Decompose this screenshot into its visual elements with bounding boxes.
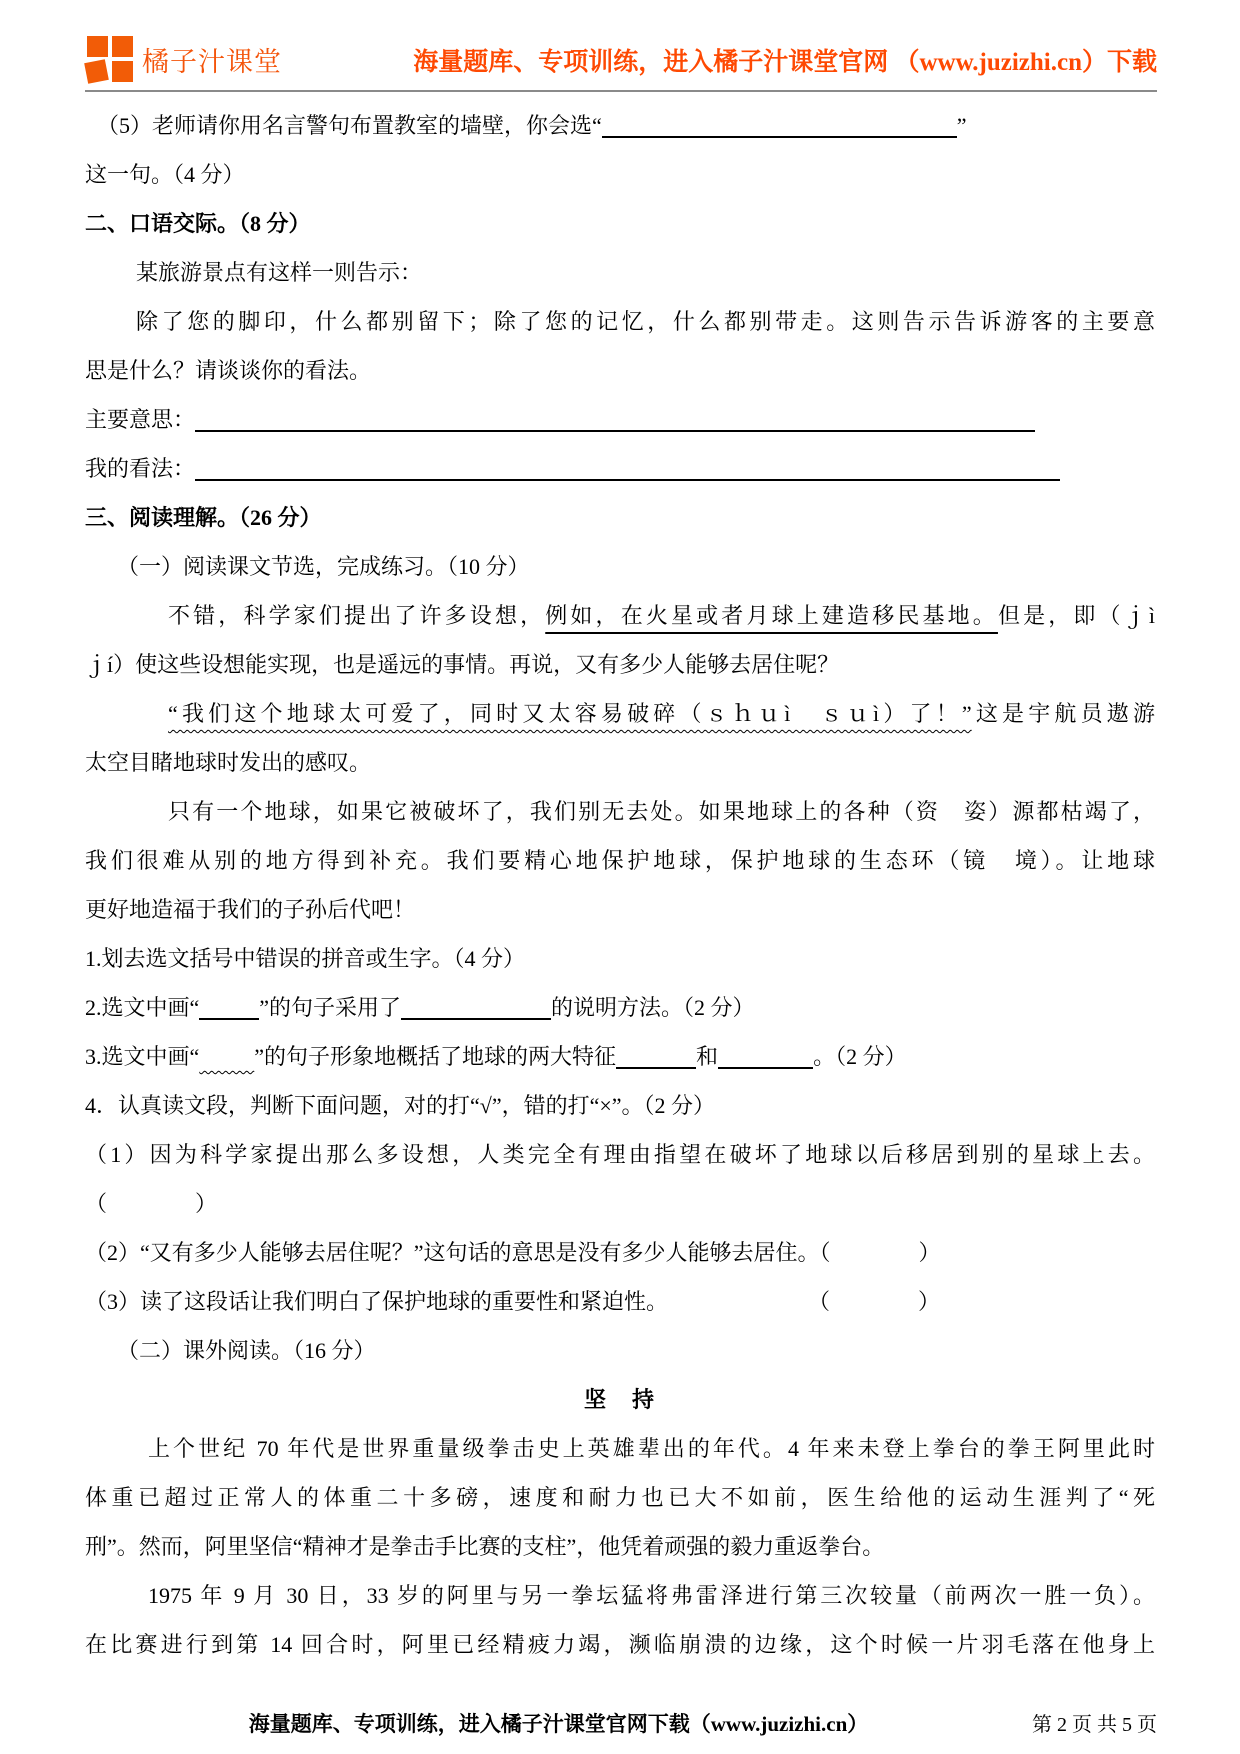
q5-text: （5）老师请你用名言警句布置教室的墙壁，你会选“ bbox=[97, 113, 602, 138]
notice-line1: 除了您的脚印，什么都别留下；除了您的记忆，什么都别带走。这则告示告诉游客的主要意 bbox=[85, 297, 1155, 346]
q3-and-text: 和 bbox=[696, 1044, 718, 1069]
judge-2-text: （2）“又有多少人能够去居住呢？”这句话的意思是没有多少人能够去居住。 bbox=[85, 1240, 820, 1265]
essay-line4: 1975 年 9 月 30 日，33 岁的阿里与另一拳坛猛将弗雷泽进行第三次较量… bbox=[85, 1571, 1155, 1620]
judge-3-text: （3）读了这段话让我们明白了保护地球的重要性和紧迫性。 bbox=[85, 1289, 668, 1314]
passage2-line2: 太空目睹地球时发出的感叹。 bbox=[85, 738, 1155, 787]
q3-text-a: 3.选文中画“ bbox=[85, 1044, 199, 1069]
essay-line2: 体重已超过正常人的体重二十多磅，速度和耐力也已大不如前，医生给他的运动生涯判了“… bbox=[85, 1473, 1155, 1522]
passage1-line1: 不错，科学家们提出了许多设想，例如，在火星或者月球上建造移民基地。但是，即（ｊì bbox=[85, 591, 1155, 640]
my-view-blank bbox=[195, 447, 1060, 481]
my-view-line: 我的看法： bbox=[85, 444, 1155, 493]
judge-3-parens: （ ） bbox=[808, 1289, 940, 1314]
q3-text-c: 。（2 分） bbox=[813, 1044, 907, 1069]
logo-squares-icon bbox=[87, 34, 135, 84]
q2-text-b: ”的句子采用了 bbox=[259, 995, 401, 1020]
question-2: 2.选文中画“”的句子采用了的说明方法。（2 分） bbox=[85, 983, 1155, 1032]
footer-page-info: 第 2 页 共 5 页 bbox=[1032, 1708, 1157, 1737]
document-body: （5）老师请你用名言警句布置教室的墙壁，你会选“” 这一句。（4 分） 二、口语… bbox=[85, 101, 1155, 1669]
essay-title: 坚 持 bbox=[85, 1375, 1155, 1424]
section3-heading: 三、阅读理解。（26 分） bbox=[85, 493, 1155, 542]
q2-quote-blank bbox=[199, 986, 259, 1020]
question-4: 4．认真读文段，判断下面问题，对的打“√”，错的打“×”。（2 分） bbox=[85, 1081, 1155, 1130]
header-promo-text: 海量题库、专项训练，进入橘子汁课堂官网 （www.juzizhi.cn）下载 bbox=[413, 42, 1157, 78]
q5-answer-blank bbox=[602, 104, 957, 138]
passage2-text-b: 这是宇航员遨游 bbox=[972, 701, 1155, 726]
main-idea-line: 主要意思： bbox=[85, 395, 1155, 444]
passage3-line3: 更好地造福于我们的子孙后代吧！ bbox=[85, 885, 1155, 934]
q5-line2: 这一句。（4 分） bbox=[85, 150, 1155, 199]
notice-intro: 某旅游景点有这样一则告示： bbox=[85, 248, 1155, 297]
q3-answer-blank-2 bbox=[718, 1035, 813, 1069]
part1-heading: （一）阅读课文节选，完成练习。（10 分） bbox=[85, 542, 1155, 591]
logo-text: 橘子汁课堂 bbox=[142, 40, 282, 79]
footer-promo-text: 海量题库、专项训练，进入橘子汁课堂官网下载（www.juzizhi.cn） bbox=[85, 1708, 1032, 1738]
judge-1-parens: （ ） bbox=[85, 1179, 1155, 1228]
q2-text-c: 的说明方法。（2 分） bbox=[551, 995, 755, 1020]
passage3-line1: 只有一个地球，如果它被破坏了，我们别无去处。如果地球上的各种（资 姿）源都枯竭了… bbox=[85, 787, 1155, 836]
passage2-wavy-underlined-quote: “我们这个地球太可爱了，同时又太容易破碎（ｓｈｕì ｓｕì）了！” bbox=[168, 701, 972, 726]
judge-1-line1: （1）因为科学家提出那么多设想，人类完全有理由指望在破坏了地球以后移居到别的星球… bbox=[85, 1130, 1155, 1179]
passage2-line1: “我们这个地球太可爱了，同时又太容易破碎（ｓｈｕì ｓｕì）了！”这是宇航员遨游 bbox=[85, 689, 1155, 738]
essay-line3: 刑”。然而，阿里坚信“精神才是拳击手比赛的支柱”，他凭着顽强的毅力重返拳台。 bbox=[85, 1522, 1155, 1571]
judge-2-parens: （ ） bbox=[820, 1240, 941, 1265]
passage1-underlined-sentence: 例如，在火星或者月球上建造移民基地。 bbox=[545, 603, 998, 628]
q3-text-b: ”的句子形象地概括了地球的两大特征 bbox=[254, 1044, 616, 1069]
section2-heading: 二、口语交际。（8 分） bbox=[85, 199, 1155, 248]
question-1: 1.划去选文括号中错误的拼音或生字。（4 分） bbox=[85, 934, 1155, 983]
header: 橘子汁课堂 海量题库、专项训练，进入橘子汁课堂官网 （www.juzizhi.c… bbox=[85, 0, 1157, 92]
judge-2-line: （2）“又有多少人能够去居住呢？”这句话的意思是没有多少人能够去居住。（ ） bbox=[85, 1228, 1155, 1277]
main-idea-label: 主要意思： bbox=[85, 407, 195, 432]
passage3-line2: 我们很难从别的地方得到补充。我们要精心地保护地球，保护地球的生态环（镜 境）。让… bbox=[85, 836, 1155, 885]
worksheet-page: 橘子汁课堂 海量题库、专项训练，进入橘子汁课堂官网 （www.juzizhi.c… bbox=[0, 0, 1240, 1754]
q2-answer-blank bbox=[401, 986, 551, 1020]
q2-text-a: 2.选文中画“ bbox=[85, 995, 199, 1020]
judge-3-line: （3）读了这段话让我们明白了保护地球的重要性和紧迫性。（ ） bbox=[85, 1277, 1155, 1326]
footer: 海量题库、专项训练，进入橘子汁课堂官网下载（www.juzizhi.cn） 第 … bbox=[85, 1708, 1157, 1738]
q5-line1: （5）老师请你用名言警句布置教室的墙壁，你会选“” bbox=[85, 101, 1155, 150]
q3-answer-blank-1 bbox=[616, 1035, 696, 1069]
notice-line2: 思是什么？请谈谈你的看法。 bbox=[85, 346, 1155, 395]
my-view-label: 我的看法： bbox=[85, 456, 195, 481]
passage1-line2: ｊí）使这些设想能实现，也是遥远的事情。再说，又有多少人能够去居住呢？ bbox=[85, 640, 1155, 689]
passage1-text-b: 但是，即（ｊì bbox=[998, 603, 1155, 628]
question-3: 3.选文中画“”的句子形象地概括了地球的两大特征和。（2 分） bbox=[85, 1032, 1155, 1081]
part2-heading: （二）课外阅读。（16 分） bbox=[85, 1326, 1155, 1375]
essay-line5: 在比赛进行到第 14 回合时，阿里已经精疲力竭，濒临崩溃的边缘，这个时候一片羽毛… bbox=[85, 1620, 1155, 1669]
q3-wavy-quote-blank bbox=[199, 1044, 254, 1069]
q5-close-quote: ” bbox=[957, 113, 967, 138]
main-idea-blank bbox=[195, 398, 1035, 432]
essay-line1: 上个世纪 70 年代是世界重量级拳击史上英雄辈出的年代。4 年来未登上拳台的拳王… bbox=[85, 1424, 1155, 1473]
logo: 橘子汁课堂 bbox=[87, 34, 282, 84]
passage1-text-a: 不错，科学家们提出了许多设想， bbox=[168, 603, 545, 628]
